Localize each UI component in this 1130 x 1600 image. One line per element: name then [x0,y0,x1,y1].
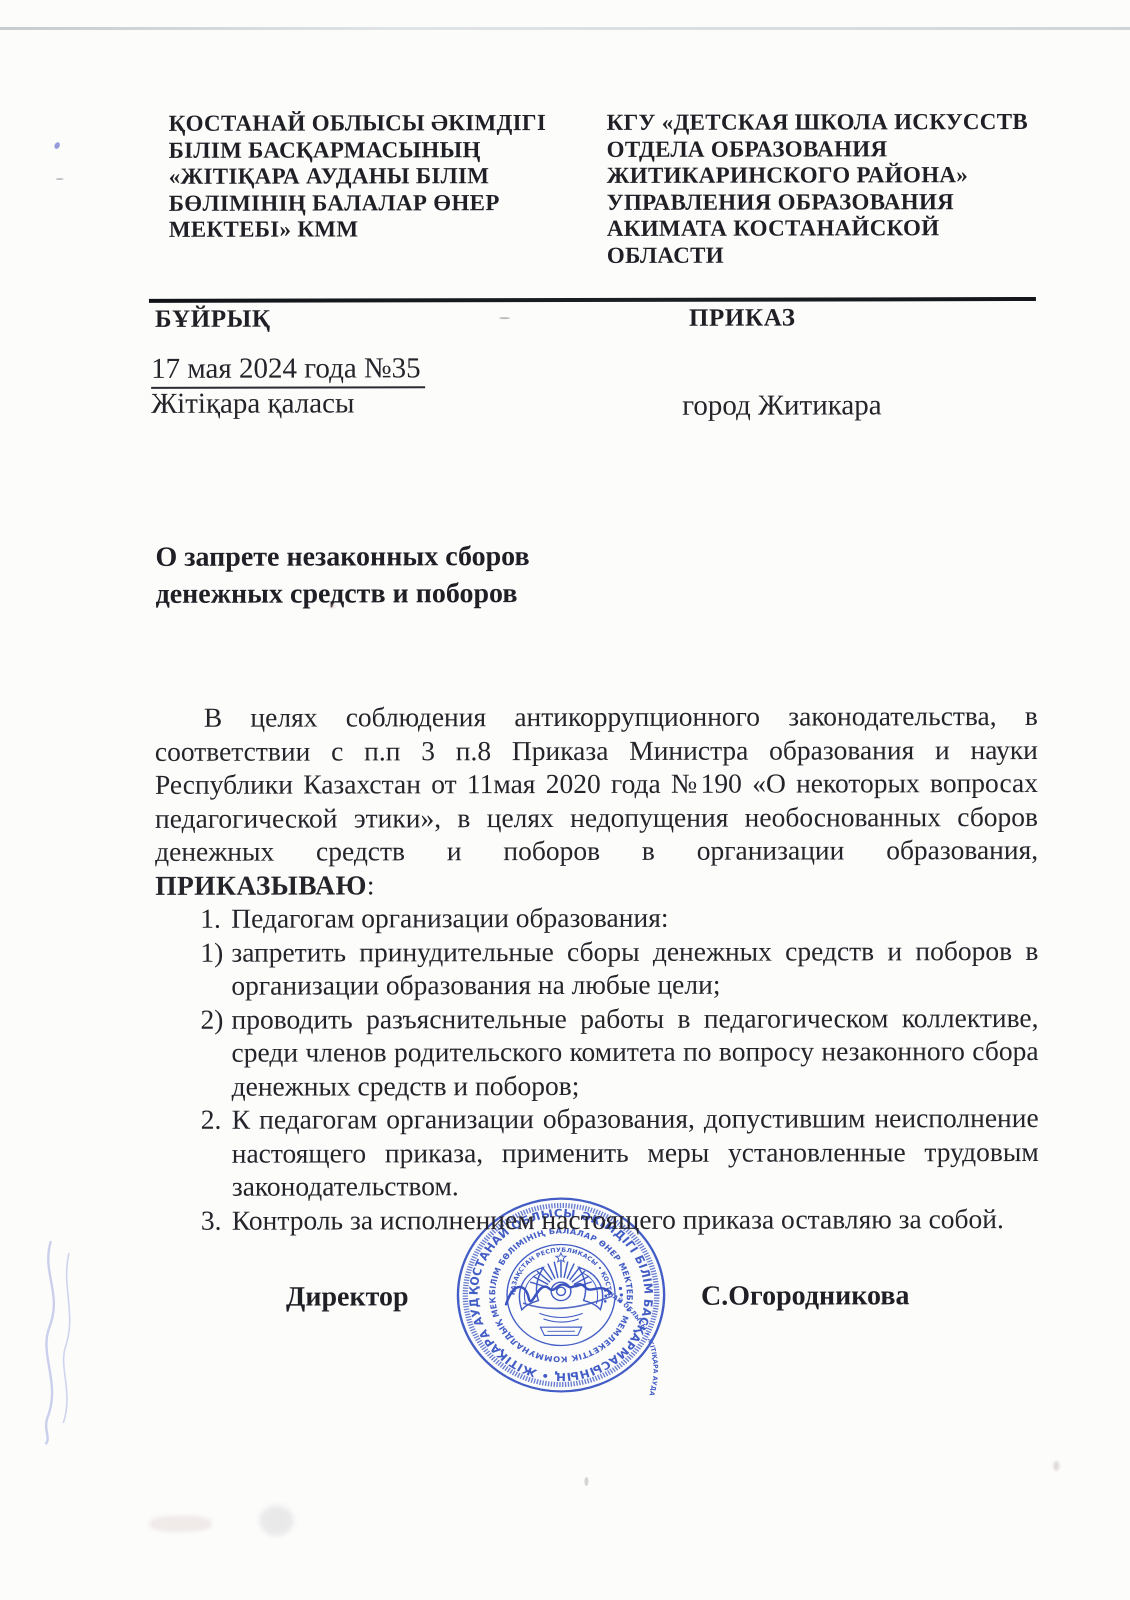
header-divider-rule [149,297,1036,303]
scan-speckle [499,317,510,319]
document-content: ҚОСТАНАЙ ОБЛЫСЫ ӘКІМДІГІ БІЛІМ БАСҚАРМАС… [0,0,1130,1600]
list-item: 2) проводить разъяснительные работы в пе… [155,1001,1038,1103]
scan-speckle [149,1516,211,1532]
order-label-kazakh: БҰЙРЫҚ [155,306,271,334]
org-name-russian: КГУ «ДЕТСКАЯ ШКОЛА ИСКУССТВ ОТДЕЛА ОБРАЗ… [607,109,1047,269]
order-body: В целях соблюдения антикоррупционного за… [155,699,1039,1237]
document-page: ҚОСТАНАЙ ОБЛЫСЫ ӘКІМДІГІ БІЛІМ БАСҚАРМАС… [0,0,1130,1600]
intro-colon: : [367,869,375,900]
list-item: 2. К педагогам организации образования, … [156,1101,1039,1203]
list-item: 1) запретить принудительные сборы денежн… [155,934,1038,1003]
order-place-kazakh: Жітіқара қаласы [151,387,354,420]
kazakhstan-emblem-icon [519,1253,602,1336]
scan-speckle [259,1506,293,1536]
order-date-number: 17 мая 2024 года №35 [151,352,425,389]
list-item-text: запретить принудительные сборы денежных … [231,935,1038,1001]
list-item: 1. Педагогам организации образования: [155,900,1038,935]
list-item-text: Контроль за исполнением настоящего прика… [232,1203,1004,1236]
list-item: 3. Контроль за исполнением настоящего пр… [156,1202,1039,1237]
scan-speckle [53,141,60,149]
scan-speckle [330,603,336,608]
list-item-text: Педагогам организации образования: [231,902,668,934]
list-item-marker: 1) [200,935,223,969]
list-item-marker: 1. [200,902,221,936]
signature-role: Директор [286,1281,409,1313]
order-place-russian: город Житикара [682,389,882,422]
signature-name: С.Огородникова [701,1280,909,1312]
order-items: 1. Педагогам организации образования: 1)… [155,900,1039,1237]
scan-speckle [56,178,64,180]
scan-speckle [1053,1461,1059,1471]
list-item-text: проводить разъяснительные работы в педаг… [231,1002,1038,1102]
scan-speckle [584,1477,588,1486]
intro-text: В целях соблюдения антикоррупционного за… [155,700,1038,867]
intro-paragraph: В целях соблюдения антикоррупционного за… [155,699,1038,902]
order-subject: О запрете незаконных сборов денежных сре… [155,538,529,613]
org-name-kazakh: ҚОСТАНАЙ ОБЛЫСЫ ӘКІМДІГІ БІЛІМ БАСҚАРМАС… [169,110,569,243]
list-item-marker: 2) [200,1002,223,1036]
scan-ink-smudge [21,1233,91,1448]
list-item-text: К педагогам организации образования, доп… [232,1102,1039,1202]
list-item-marker: 2. [201,1103,222,1137]
decree-word: ПРИКАЗЫВАЮ [155,869,367,900]
order-label-russian: ПРИКАЗ [689,305,796,333]
list-item-marker: 3. [201,1203,222,1237]
